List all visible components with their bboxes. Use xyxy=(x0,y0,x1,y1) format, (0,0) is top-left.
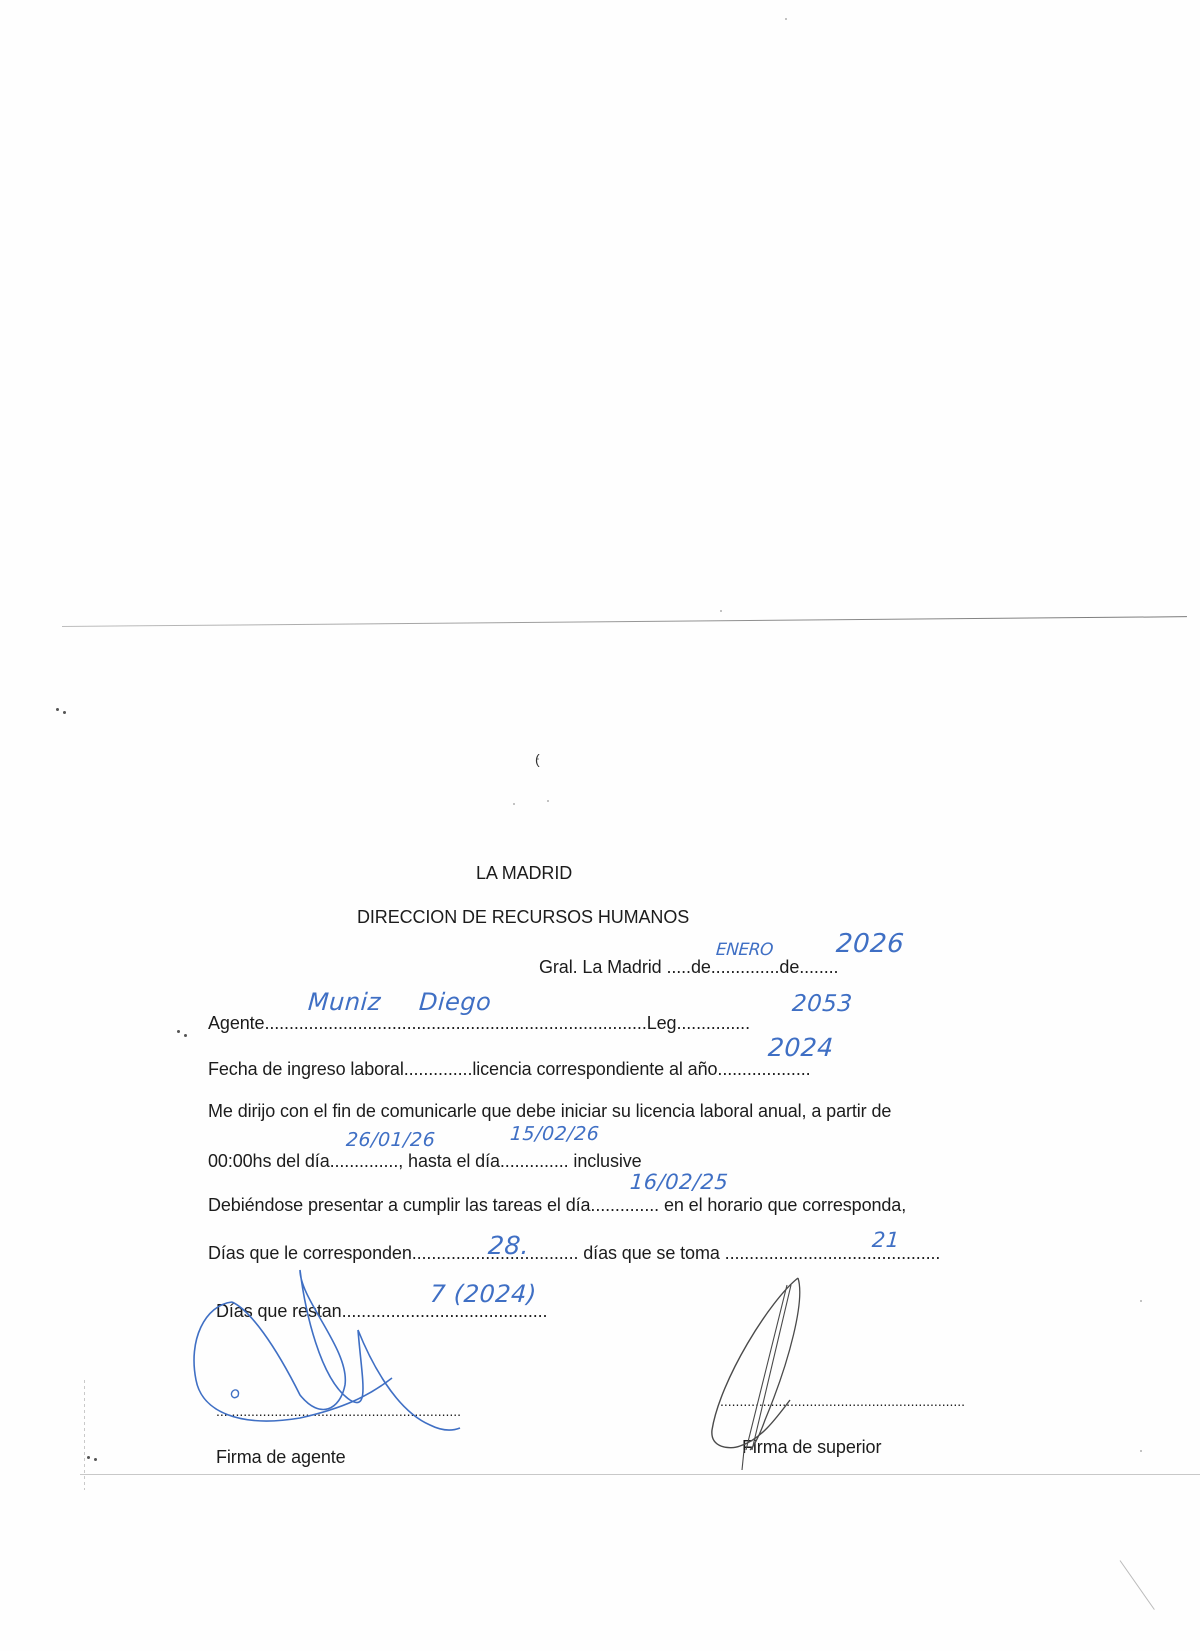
superior-signature xyxy=(0,0,1200,1651)
scanned-document: ( LA MADRID DIRECCION DE RECURSOS HUMANO… xyxy=(0,0,1200,1651)
